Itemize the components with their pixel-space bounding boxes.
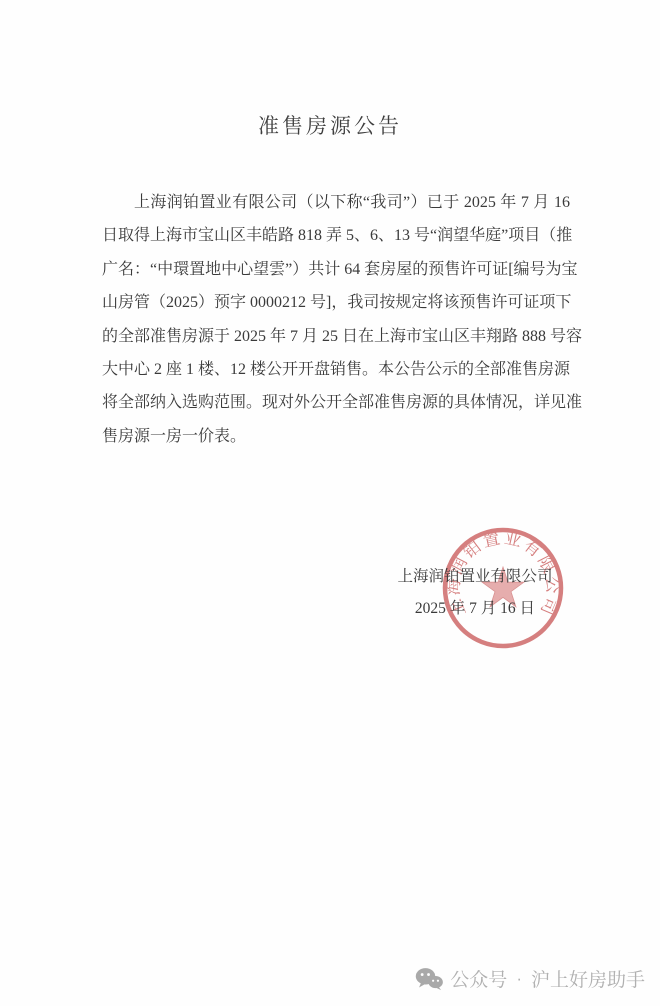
footer-watermark: 公众号 · 沪上好房助手	[415, 965, 645, 992]
body-line: 售房源一房一价表。	[102, 420, 570, 453]
body-line: 上海润铂置业有限公司（以下称“我司”）已于 2025 年 7 月 16	[102, 186, 570, 219]
footer-platform-label: 公众号	[450, 965, 507, 992]
footer-account-name: 沪上好房助手	[531, 965, 645, 992]
wechat-icon	[415, 967, 443, 991]
footer-separator: ·	[516, 969, 522, 989]
signature-block: 上海润铂置业有限公司 2025 年 7 月 16 日	[397, 561, 552, 625]
body-line: 日取得上海市宝山区丰皓路 818 弄 5、6、13 号“润望华庭”项目（推	[102, 219, 570, 252]
body-line: 大中心 2 座 1 楼、12 楼公开开盘销售。本公告公示的全部准售房源	[102, 353, 570, 386]
body-line: 山房管（2025）预字 0000212 号]，我司按规定将该预售许可证项下	[102, 286, 570, 319]
announcement-document: 准售房源公告 上海润铂置业有限公司（以下称“我司”）已于 2025 年 7 月 …	[0, 0, 660, 1006]
page-title: 准售房源公告	[0, 110, 660, 140]
body-paragraph: 上海润铂置业有限公司（以下称“我司”）已于 2025 年 7 月 16 日取得上…	[102, 186, 570, 453]
signature-date: 2025 年 7 月 16 日	[397, 593, 552, 625]
body-line: 的全部准售房源于 2025 年 7 月 25 日在上海市宝山区丰翔路 888 号…	[102, 320, 570, 353]
signature-company: 上海润铂置业有限公司	[397, 561, 552, 593]
body-line: 广名：“中環置地中心望雲”）共计 64 套房屋的预售许可证[编号为宝	[102, 253, 570, 286]
body-line: 将全部纳入选购范围。现对外公开全部准售房源的具体情况，详见准	[102, 386, 570, 419]
